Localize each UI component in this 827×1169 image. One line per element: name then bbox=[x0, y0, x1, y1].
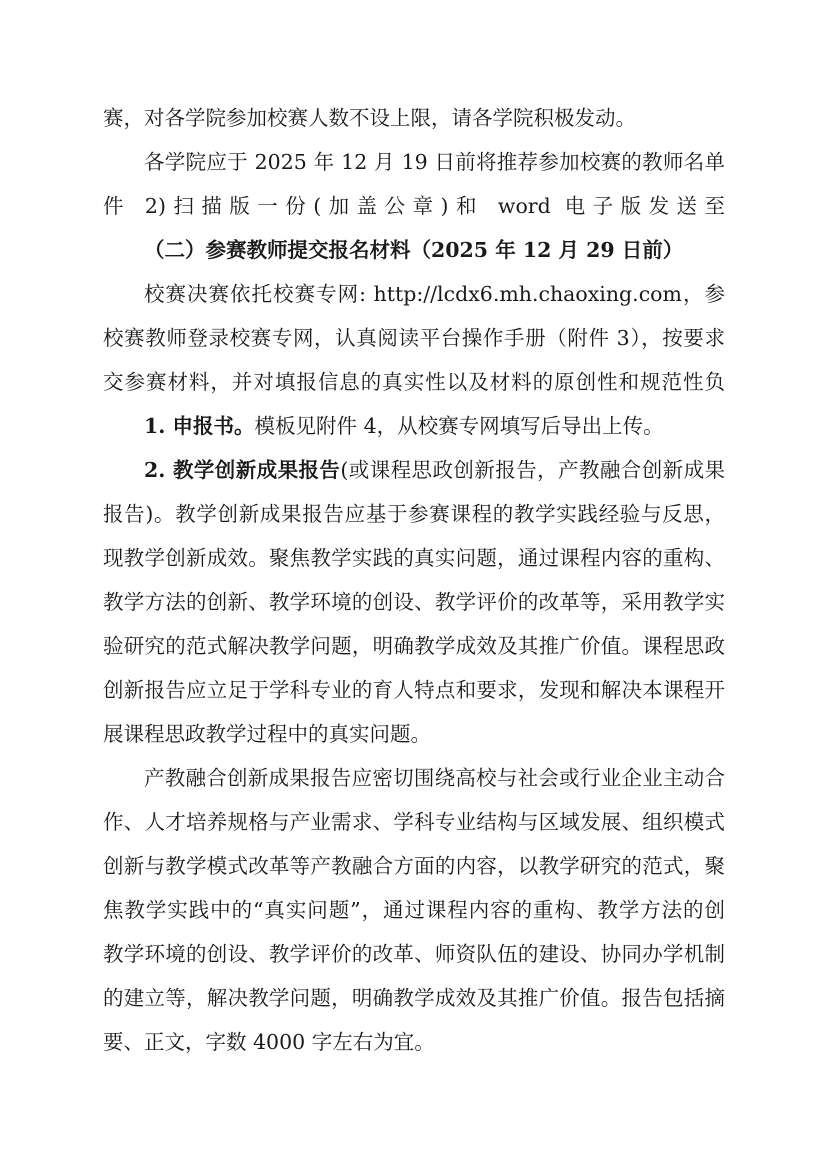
doc-line: 验研究的范式解决教学问题，明确教学成效及其推广价值。课程思政 bbox=[103, 624, 725, 668]
text-run: 赛，对各学院参加校赛人数不设上限，请各学院积极发动。 bbox=[103, 106, 636, 130]
text-run: 的建立等，解决教学问题，明确教学成效及其推广价值。报告包括摘 bbox=[103, 986, 725, 1010]
item-2-title: 2. 教学创新成果报告 bbox=[144, 458, 340, 482]
text-run: 各学院应于 2025 年 12 月 19 日前将推荐参加校赛的教师名单(附 bbox=[103, 150, 725, 184]
doc-line: 产教融合创新成果报告应密切围绕高校与社会或行业企业主动合 bbox=[103, 756, 725, 800]
text-run: 创新报告应立足于学科专业的育人特点和要求，发现和解决本课程开 bbox=[103, 678, 725, 702]
text-run: (或课程思政创新报告，产教融合创新成果 bbox=[340, 458, 725, 482]
doc-line: 校赛教师登录校赛专网，认真阅读平台操作手册（附件 3），按要求提 bbox=[103, 316, 725, 360]
doc-line: 要、正文，字数 4000 字左右为宜。 bbox=[103, 1020, 725, 1064]
text-run: 要、正文，字数 4000 字左右为宜。 bbox=[103, 1030, 435, 1054]
text-run: 创新与教学模式改革等产教融合方面的内容，以教学研究的范式，聚 bbox=[103, 854, 725, 878]
doc-line: 作、人才培养规格与产业需求、学科专业结构与区域发展、组织模式 bbox=[103, 800, 725, 844]
doc-line: 各学院应于 2025 年 12 月 19 日前将推荐参加校赛的教师名单(附 bbox=[103, 140, 725, 184]
competition-site-url: http://lcdx6.mh.chaoxing.com bbox=[374, 282, 682, 306]
text-run: 教学方法的创新、教学环境的创设、教学评价的改革等，采用教学实 bbox=[103, 590, 725, 614]
document-page: 赛，对各学院参加校赛人数不设上限，请各学院积极发动。 各学院应于 2025 年 … bbox=[0, 0, 827, 1169]
text-run: 校赛决赛依托校赛专网: bbox=[144, 282, 374, 306]
doc-line: 教学方法的创新、教学环境的创设、教学评价的改革等，采用教学实 bbox=[103, 580, 725, 624]
doc-line: 赛，对各学院参加校赛人数不设上限，请各学院积极发动。 bbox=[103, 96, 725, 140]
numbered-item-2: 2. 教学创新成果报告(或课程思政创新报告，产教融合创新成果 bbox=[103, 448, 725, 492]
doc-line: 交参赛材料，并对填报信息的真实性以及材料的原创性和规范性负责。 bbox=[103, 360, 725, 404]
text-run: 作、人才培养规格与产业需求、学科专业结构与区域发展、组织模式 bbox=[103, 810, 725, 834]
section-heading: （二）参赛教师提交报名材料（2025 年 12 月 29 日前） bbox=[103, 228, 725, 272]
text-run: 验研究的范式解决教学问题，明确教学成效及其推广价值。课程思政 bbox=[103, 634, 725, 658]
document-body: 赛，对各学院参加校赛人数不设上限，请各学院积极发动。 各学院应于 2025 年 … bbox=[103, 96, 725, 1064]
doc-line: 创新报告应立足于学科专业的育人特点和要求，发现和解决本课程开 bbox=[103, 668, 725, 712]
text-run: 校赛教师登录校赛专网，认真阅读平台操作手册（附件 3），按要求提 bbox=[103, 326, 725, 360]
doc-line: 的建立等，解决教学问题，明确教学成效及其推广价值。报告包括摘 bbox=[103, 976, 725, 1020]
doc-line: 展课程思政教学过程中的真实问题。 bbox=[103, 712, 725, 756]
doc-line: 现教学创新成效。聚焦教学实践的真实问题，通过课程内容的重构、 bbox=[103, 536, 725, 580]
text-run: 现教学创新成效。聚焦教学实践的真实问题，通过课程内容的重构、 bbox=[103, 546, 725, 570]
text-run: 模板见附件 4，从校赛专网填写后导出上传。 bbox=[255, 414, 664, 438]
item-1-title: 1. 申报书。 bbox=[144, 414, 255, 438]
numbered-item-1: 1. 申报书。模板见附件 4，从校赛专网填写后导出上传。 bbox=[103, 404, 725, 448]
text-run: 产教融合创新成果报告应密切围绕高校与社会或行业企业主动合 bbox=[144, 766, 725, 790]
text-run: 报告)。教学创新成果报告应基于参赛课程的教学实践经验与反思，体 bbox=[103, 502, 725, 536]
doc-line: 教学环境的创设、教学评价的改革、师资队伍的建设、协同办学机制 bbox=[103, 932, 725, 976]
text-run: 焦教学实践中的“真实问题”，通过课程内容的重构、教学方法的创新、 bbox=[103, 898, 725, 932]
text-run: 交参赛材料，并对填报信息的真实性以及材料的原创性和规范性负责。 bbox=[103, 370, 725, 404]
text-run: 展课程思政教学过程中的真实问题。 bbox=[103, 722, 431, 746]
text-run: 教学环境的创设、教学评价的改革、师资队伍的建设、协同办学机制 bbox=[103, 942, 725, 966]
doc-line: 件 2)扫描版一份(加盖公章)和 word 电子版发送至 jwcpgk@163.… bbox=[103, 184, 725, 228]
doc-line: 校赛决赛依托校赛专网: http://lcdx6.mh.chaoxing.com… bbox=[103, 272, 725, 316]
section-heading-text: （二）参赛教师提交报名材料（2025 年 12 月 29 日前） bbox=[144, 238, 683, 262]
doc-line: 报告)。教学创新成果报告应基于参赛课程的教学实践经验与反思，体 bbox=[103, 492, 725, 536]
doc-line: 创新与教学模式改革等产教融合方面的内容，以教学研究的范式，聚 bbox=[103, 844, 725, 888]
doc-line: 焦教学实践中的“真实问题”，通过课程内容的重构、教学方法的创新、 bbox=[103, 888, 725, 932]
text-run: 件 2)扫描版一份(加盖公章)和 word 电子版发送至 bbox=[103, 194, 725, 218]
